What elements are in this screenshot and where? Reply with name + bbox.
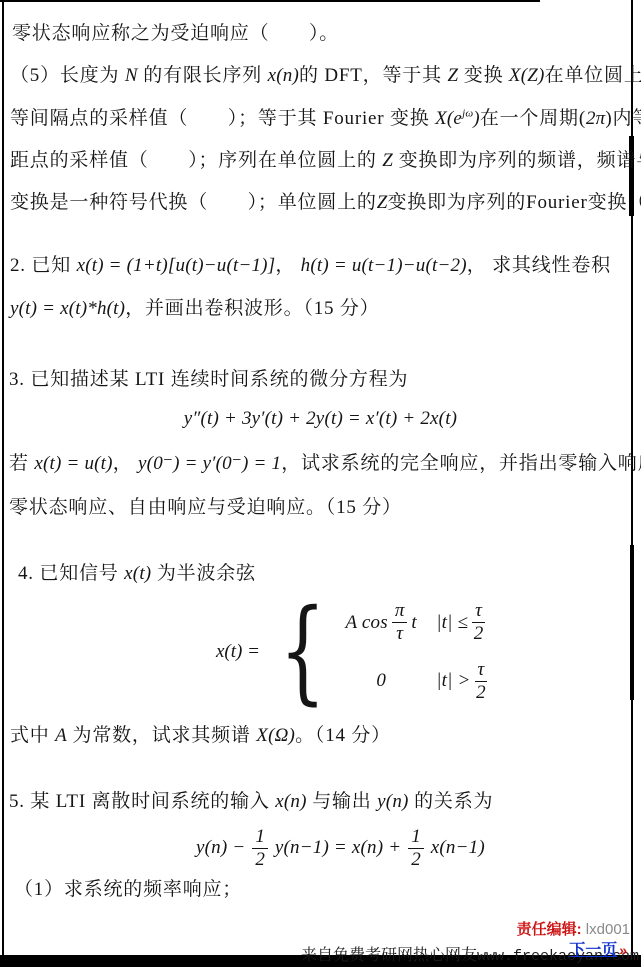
- scan-text-line-question-2: 2. 已知 x(t) = (1+t)[u(t)−u(t−1)]， h(t) = …: [10, 254, 611, 278]
- fraction: τ 2: [472, 601, 485, 644]
- fraction: 1 2: [408, 827, 424, 870]
- scan-text-line-question-4: 4. 已知信号 x(t) 为半波余弦: [18, 562, 256, 586]
- expression-term: y(n) −: [196, 837, 245, 859]
- next-page-label[interactable]: 下一页: [569, 942, 617, 959]
- fraction-denominator: 2: [411, 849, 421, 870]
- scan-text-line: 等间隔点的采样值（ ）；等于其 Fourier 变换 X(ejω)在一个周期(2…: [10, 107, 641, 131]
- fraction: π τ: [392, 601, 408, 644]
- fraction-numerator: π: [392, 601, 408, 623]
- curly-brace: {: [279, 600, 325, 703]
- expression-term: t: [411, 612, 416, 634]
- equation-piecewise-halfwave: x(t) = { A cos π τ t |t| ≤ τ 2: [216, 600, 491, 704]
- fraction: 1 2: [252, 827, 268, 870]
- piecewise-rows: A cos π τ t |t| ≤ τ 2 0: [342, 601, 491, 703]
- scan-text-line: 零状态响应、自由响应与受迫响应。（15 分）: [9, 496, 402, 520]
- scan-text-line: 距点的采样值（ ）；序列在单位圆上的 Z 变换即为序列的频谱，频谱与 Z: [10, 149, 641, 173]
- equation-lhs: x(t) =: [216, 641, 260, 663]
- piecewise-row-2: 0 |t| > τ 2: [342, 660, 491, 703]
- scan-text-line: 若 x(t) = u(t)， y(0⁻) = y′(0⁻) = 1，试求系统的完…: [9, 452, 641, 476]
- fraction-denominator: τ: [396, 623, 403, 644]
- condition-term: |t| ≤: [436, 612, 468, 634]
- expression-term: x(n−1): [431, 837, 485, 859]
- equation-differential: y″(t) + 3y′(t) + 2y(t) = x′(t) + 2x(t): [0, 408, 641, 430]
- editor-credit: 责任编辑: lxd001: [517, 918, 630, 939]
- scan-text-line: （1）求系统的频率响应；: [14, 878, 242, 902]
- scan-edge-left: [2, 0, 4, 957]
- fraction-denominator: 2: [255, 849, 265, 870]
- scan-text-line: 零状态响应称之为受迫响应（ ）。: [12, 22, 339, 46]
- expression-term: 0: [376, 670, 386, 692]
- fraction-numerator: τ: [472, 601, 485, 623]
- editor-value: lxd001: [586, 921, 630, 938]
- scan-edge-top: [0, 0, 540, 2]
- fraction: τ 2: [475, 660, 488, 703]
- fraction-denominator: 2: [476, 682, 486, 703]
- source-prefix: 来自免费考研网热心网友: [301, 947, 477, 964]
- scan-text-line: 式中 A 为常数，试求其频谱 X(Ω)。（14 分）: [10, 724, 391, 748]
- scan-text-line: 变换是一种符号代换（ ）；单位圆上的Z变换即为序列的Fourier变换（ ）。: [10, 191, 641, 215]
- scan-edge-artifact: [630, 545, 634, 700]
- expression-term: A cos: [346, 612, 388, 634]
- expression-term: y(n−1) = x(n) +: [275, 837, 401, 859]
- next-page-arrow-icon: »: [619, 942, 627, 958]
- fraction-denominator: 2: [474, 623, 484, 644]
- scan-text-line: y(t) = x(t)*h(t)，并画出卷积波形。（15 分）: [10, 297, 379, 321]
- editor-label: 责任编辑:: [517, 921, 582, 938]
- scan-text-line: （5）长度为 N 的有限长序列 x(n)的 DFT，等于其 Z 变换 X(Z)在…: [10, 64, 641, 88]
- scan-text-line-question-3: 3. 已知描述某 LTI 连续时间系统的微分方程为: [9, 368, 408, 392]
- fraction-numerator: τ: [475, 660, 488, 682]
- equation-discrete-system: y(n) − 1 2 y(n−1) = x(n) + 1 2 x(n−1): [196, 824, 485, 872]
- fraction-numerator: 1: [408, 827, 424, 849]
- scan-text-line-question-5: 5. 某 LTI 离散时间系统的输入 x(n) 与输出 y(n) 的关系为: [9, 790, 493, 814]
- condition-term: |t| >: [436, 670, 470, 692]
- fraction-numerator: 1: [252, 827, 268, 849]
- piecewise-row-1: A cos π τ t |t| ≤ τ 2: [342, 601, 491, 644]
- next-page-link[interactable]: 下一页»: [569, 937, 627, 960]
